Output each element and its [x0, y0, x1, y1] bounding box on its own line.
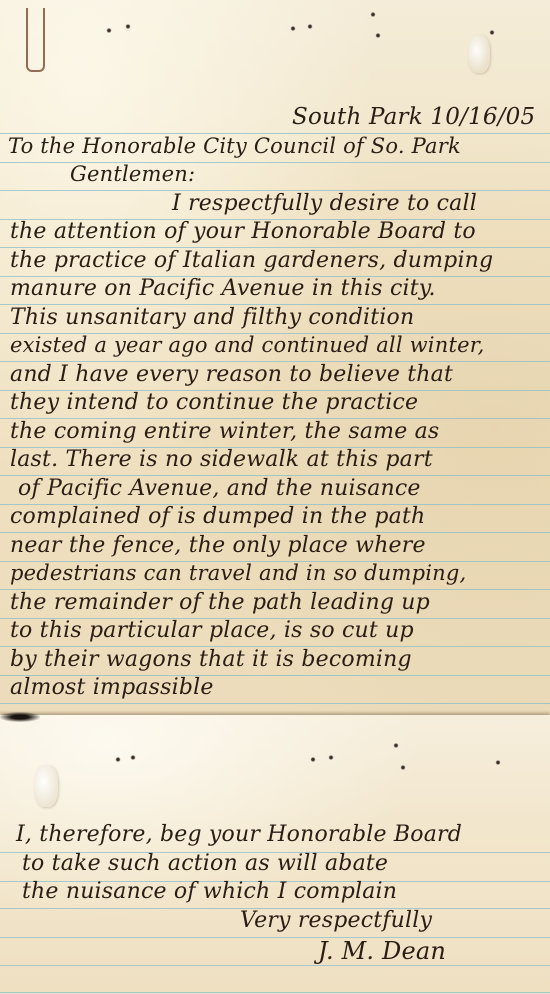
letter-addressee: To the Honorable City Council of So. Par…: [8, 134, 461, 158]
pinhole: [400, 765, 406, 770]
body-line: to take such action as will abate: [22, 851, 388, 876]
pinhole: [489, 30, 495, 35]
body-line: complained of is dumped in the path: [10, 504, 425, 529]
body-line: manure on Pacific Avenue in this city.: [10, 276, 436, 301]
embossed-seal-icon: [468, 35, 490, 73]
body-line: almost impassible: [10, 675, 214, 700]
pinhole: [106, 28, 112, 33]
letter-closing: Very respectfully: [240, 908, 432, 933]
pinhole: [290, 26, 296, 31]
pinhole: [130, 755, 136, 760]
body-line: the coming entire winter, the same as: [10, 419, 439, 444]
ruled-line: [0, 703, 550, 704]
pinhole: [393, 743, 399, 748]
embossed-seal-icon: [34, 765, 58, 807]
body-line: I respectfully desire to call: [172, 191, 477, 216]
body-line: near the fence, the only place where: [10, 533, 426, 558]
pinhole: [370, 12, 376, 17]
body-line: pedestrians can travel and in so dumping…: [10, 561, 466, 585]
letter-salutation: Gentlemen:: [70, 162, 195, 186]
pinhole: [328, 755, 334, 760]
body-line: they intend to continue the practice: [10, 390, 418, 415]
body-line: This unsanitary and filthy condition: [10, 305, 414, 330]
pinhole: [115, 757, 121, 762]
body-line: the remainder of the path leading up: [10, 590, 430, 615]
pinhole: [125, 24, 131, 29]
body-line: and I have every reason to believe that: [10, 362, 453, 387]
pinhole: [375, 33, 381, 38]
fold-shadow: [0, 712, 40, 722]
body-line: by their wagons that it is becoming: [10, 647, 412, 672]
pinhole: [495, 760, 501, 765]
body-line: the practice of Italian gardeners, dumpi…: [10, 248, 493, 273]
ruled-line: [0, 965, 550, 966]
letter-signature: J. M. Dean: [318, 937, 446, 965]
letter-page-2: I, therefore, beg your Honorable Board t…: [0, 715, 550, 994]
body-line: of Pacific Avenue, and the nuisance: [18, 476, 421, 501]
pinhole: [310, 757, 316, 762]
body-line: to this particular place, is so cut up: [10, 618, 414, 643]
body-line: I, therefore, beg your Honorable Board: [16, 822, 462, 847]
pinhole: [307, 24, 313, 29]
ruled-line: [0, 937, 550, 938]
body-line: existed a year ago and continued all win…: [10, 333, 485, 357]
letter-page-1: South Park 10/16/05 To the Honorable Cit…: [0, 0, 550, 715]
body-line: the attention of your Honorable Board to: [10, 219, 476, 244]
body-line: last. There is no sidewalk at this part: [10, 447, 433, 472]
rust-clip-mark: [26, 8, 45, 72]
body-line: the nuisance of which I complain: [22, 879, 397, 904]
letter-date: South Park 10/16/05: [292, 104, 535, 130]
ruled-line: [0, 992, 550, 993]
